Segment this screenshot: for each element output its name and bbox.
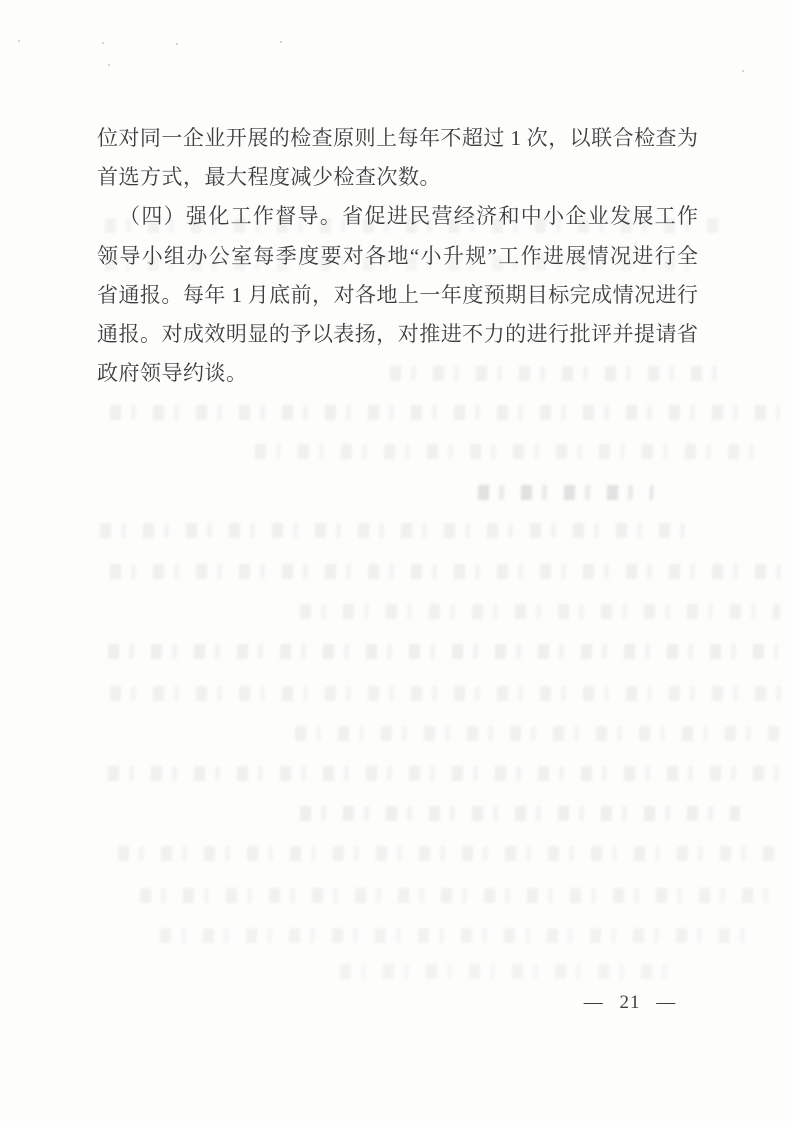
scan-bleedthrough-row [478,485,654,500]
scan-dust-speck [102,42,104,44]
scan-bleedthrough-row [140,888,771,903]
paragraph-inspection-limit: 位对同一企业开展的检查原则上每年不超过 1 次，以联合检查为 首选方式，最大程度… [97,119,698,197]
scan-bleedthrough-row [100,523,691,538]
scan-bleedthrough-row [340,964,681,979]
scan-bleedthrough-row [300,806,741,821]
scan-dust-speck [742,70,744,72]
scan-bleedthrough-row [110,405,781,420]
scan-bleedthrough-row [295,726,781,741]
scan-bleedthrough-row [300,604,781,619]
scan-dust-speck [18,40,20,42]
body-text-line: 首选方式，最大程度减少检查次数。 [97,158,698,197]
scan-bleedthrough-row [160,928,761,943]
body-text-line: 政府领导约谈。 [97,354,698,393]
scan-bleedthrough-row [118,846,779,861]
scan-dust-speck [280,41,282,43]
body-text-line: 省通报。每年 1 月底前，对各地上一年度预期目标完成情况进行 [97,276,698,315]
scan-bleedthrough-row [108,766,784,781]
page-number: — 21 — [570,992,690,1014]
scanned-document-page: 位对同一企业开展的检查原则上每年不超过 1 次，以联合检查为 首选方式，最大程度… [0,0,793,1121]
scan-bleedthrough-row [110,564,786,579]
scan-dust-speck [108,64,110,66]
body-text-line: 领导小组办公室每季度要对各地“小升规”工作进展情况进行全 [97,237,698,276]
scan-bleedthrough-row [108,644,779,659]
paragraph-work-supervision: （四）强化工作督导。省促进民营经济和中小企业发展工作 领导小组办公室每季度要对各… [97,197,698,393]
body-text-line-section-heading: （四）强化工作督导。省促进民营经济和中小企业发展工作 [97,197,698,236]
scan-bleedthrough-row [255,444,766,459]
body-text-line: 通报。对成效明显的予以表扬，对推进不力的进行批评并提请省 [97,315,698,354]
scan-bleedthrough-row [110,686,786,701]
body-text-line: 位对同一企业开展的检查原则上每年不超过 1 次，以联合检查为 [97,119,698,158]
document-body-text: 位对同一企业开展的检查原则上每年不超过 1 次，以联合检查为 首选方式，最大程度… [97,119,698,393]
scan-dust-speck [176,43,178,45]
